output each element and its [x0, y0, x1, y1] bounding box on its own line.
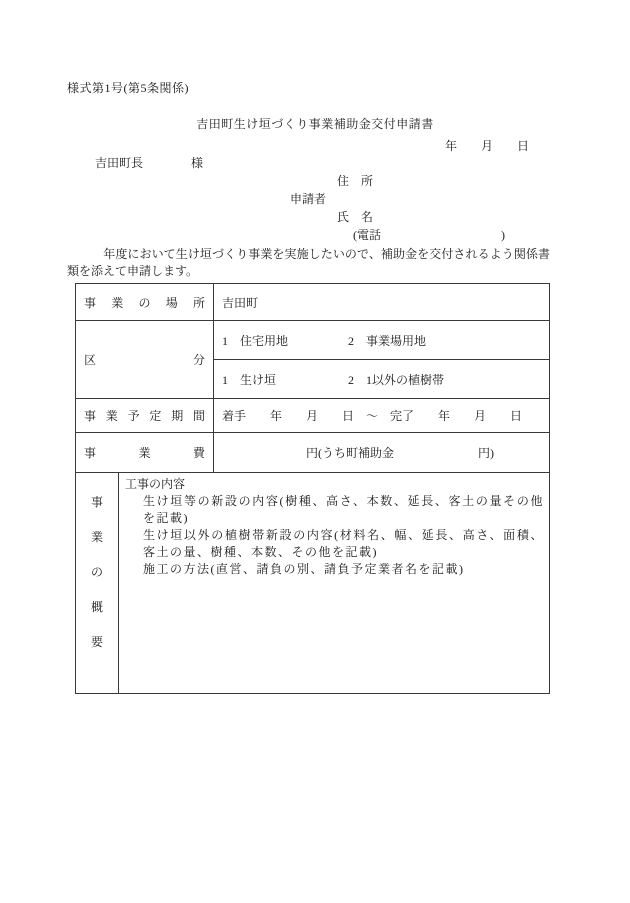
cost-label: 事業費	[76, 433, 214, 473]
phone-label: (電話 )	[353, 226, 505, 244]
summary-label-char: 要	[91, 633, 103, 650]
summary-content: 工事の内容 生け垣等の新設の内容(樹種、高さ、本数、延長、客土の量その他を記載)…	[119, 473, 550, 694]
summary-item-planting-belt: 生け垣以外の植樹帯新設の内容(材料名、幅、延長、高さ、面積、客土の量、樹種、本数…	[143, 527, 544, 561]
summary-label: 事 業 の 概 要	[76, 473, 119, 694]
name-label: 氏 名	[337, 208, 505, 226]
summary-items: 生け垣等の新設の内容(樹種、高さ、本数、延長、客土の量その他を記載) 生け垣以外…	[125, 493, 544, 578]
period-value: 着手 年 月 日 ～ 完了 年 月 日	[214, 399, 550, 433]
form-code: 様式第1号(第5条関係)	[67, 79, 189, 96]
row-period: 事業予定期間 着手 年 月 日 ～ 完了 年 月 日	[76, 399, 550, 433]
summary-label-char: 業	[91, 528, 103, 545]
row-summary: 事 業 の 概 要 工事の内容 生け垣等の新設の内容(樹種、高さ、本数、延長、客…	[76, 473, 550, 694]
summary-label-char: 事	[91, 493, 103, 510]
summary-label-char: 概	[91, 598, 103, 615]
cost-value: 円(うち町補助金 円)	[214, 433, 550, 473]
application-table: 事業の場所 吉田町 区分 1 住宅用地 2 事業場用地 1 生け垣 2 1以外の…	[75, 283, 550, 694]
form-title: 吉田町生け垣づくり事業補助金交付申請書	[0, 115, 630, 132]
row-place: 事業の場所 吉田町	[76, 284, 550, 321]
summary-item-hedge-new: 生け垣等の新設の内容(樹種、高さ、本数、延長、客土の量その他を記載)	[143, 493, 544, 527]
period-label: 事業予定期間	[76, 399, 214, 433]
summary-item-construction-method: 施工の方法(直営、請負の別、請負予定業者名を記載)	[143, 561, 544, 578]
summary-label-vertical: 事 業 の 概 要	[76, 493, 118, 650]
applicant-block: 住 所 申請者 氏 名 (電話 )	[0, 172, 505, 244]
application-form-page: 様式第1号(第5条関係) 吉田町生け垣づくり事業補助金交付申請書 年 月 日 吉…	[0, 0, 630, 903]
row-cost: 事業費 円(うち町補助金 円)	[76, 433, 550, 473]
applicant-label: 申請者	[290, 190, 505, 208]
address-label: 住 所	[337, 172, 505, 190]
category-option-hedge: 1 生け垣 2 1以外の植樹帯	[214, 360, 550, 399]
category-option-land: 1 住宅用地 2 事業場用地	[214, 321, 550, 360]
summary-label-char: の	[91, 563, 103, 580]
category-label: 区分	[76, 321, 214, 399]
date-line: 年 月 日	[445, 137, 529, 154]
addressee-line: 吉田町長 様	[95, 154, 203, 171]
row-category-1: 区分 1 住宅用地 2 事業場用地	[76, 321, 550, 360]
summary-heading: 工事の内容	[125, 476, 544, 493]
place-value: 吉田町	[214, 284, 550, 321]
place-label: 事業の場所	[76, 284, 214, 321]
application-statement: 年度において生け垣づくり事業を実施したいので、補助金を交付されるよう関係書類を添…	[67, 246, 550, 280]
